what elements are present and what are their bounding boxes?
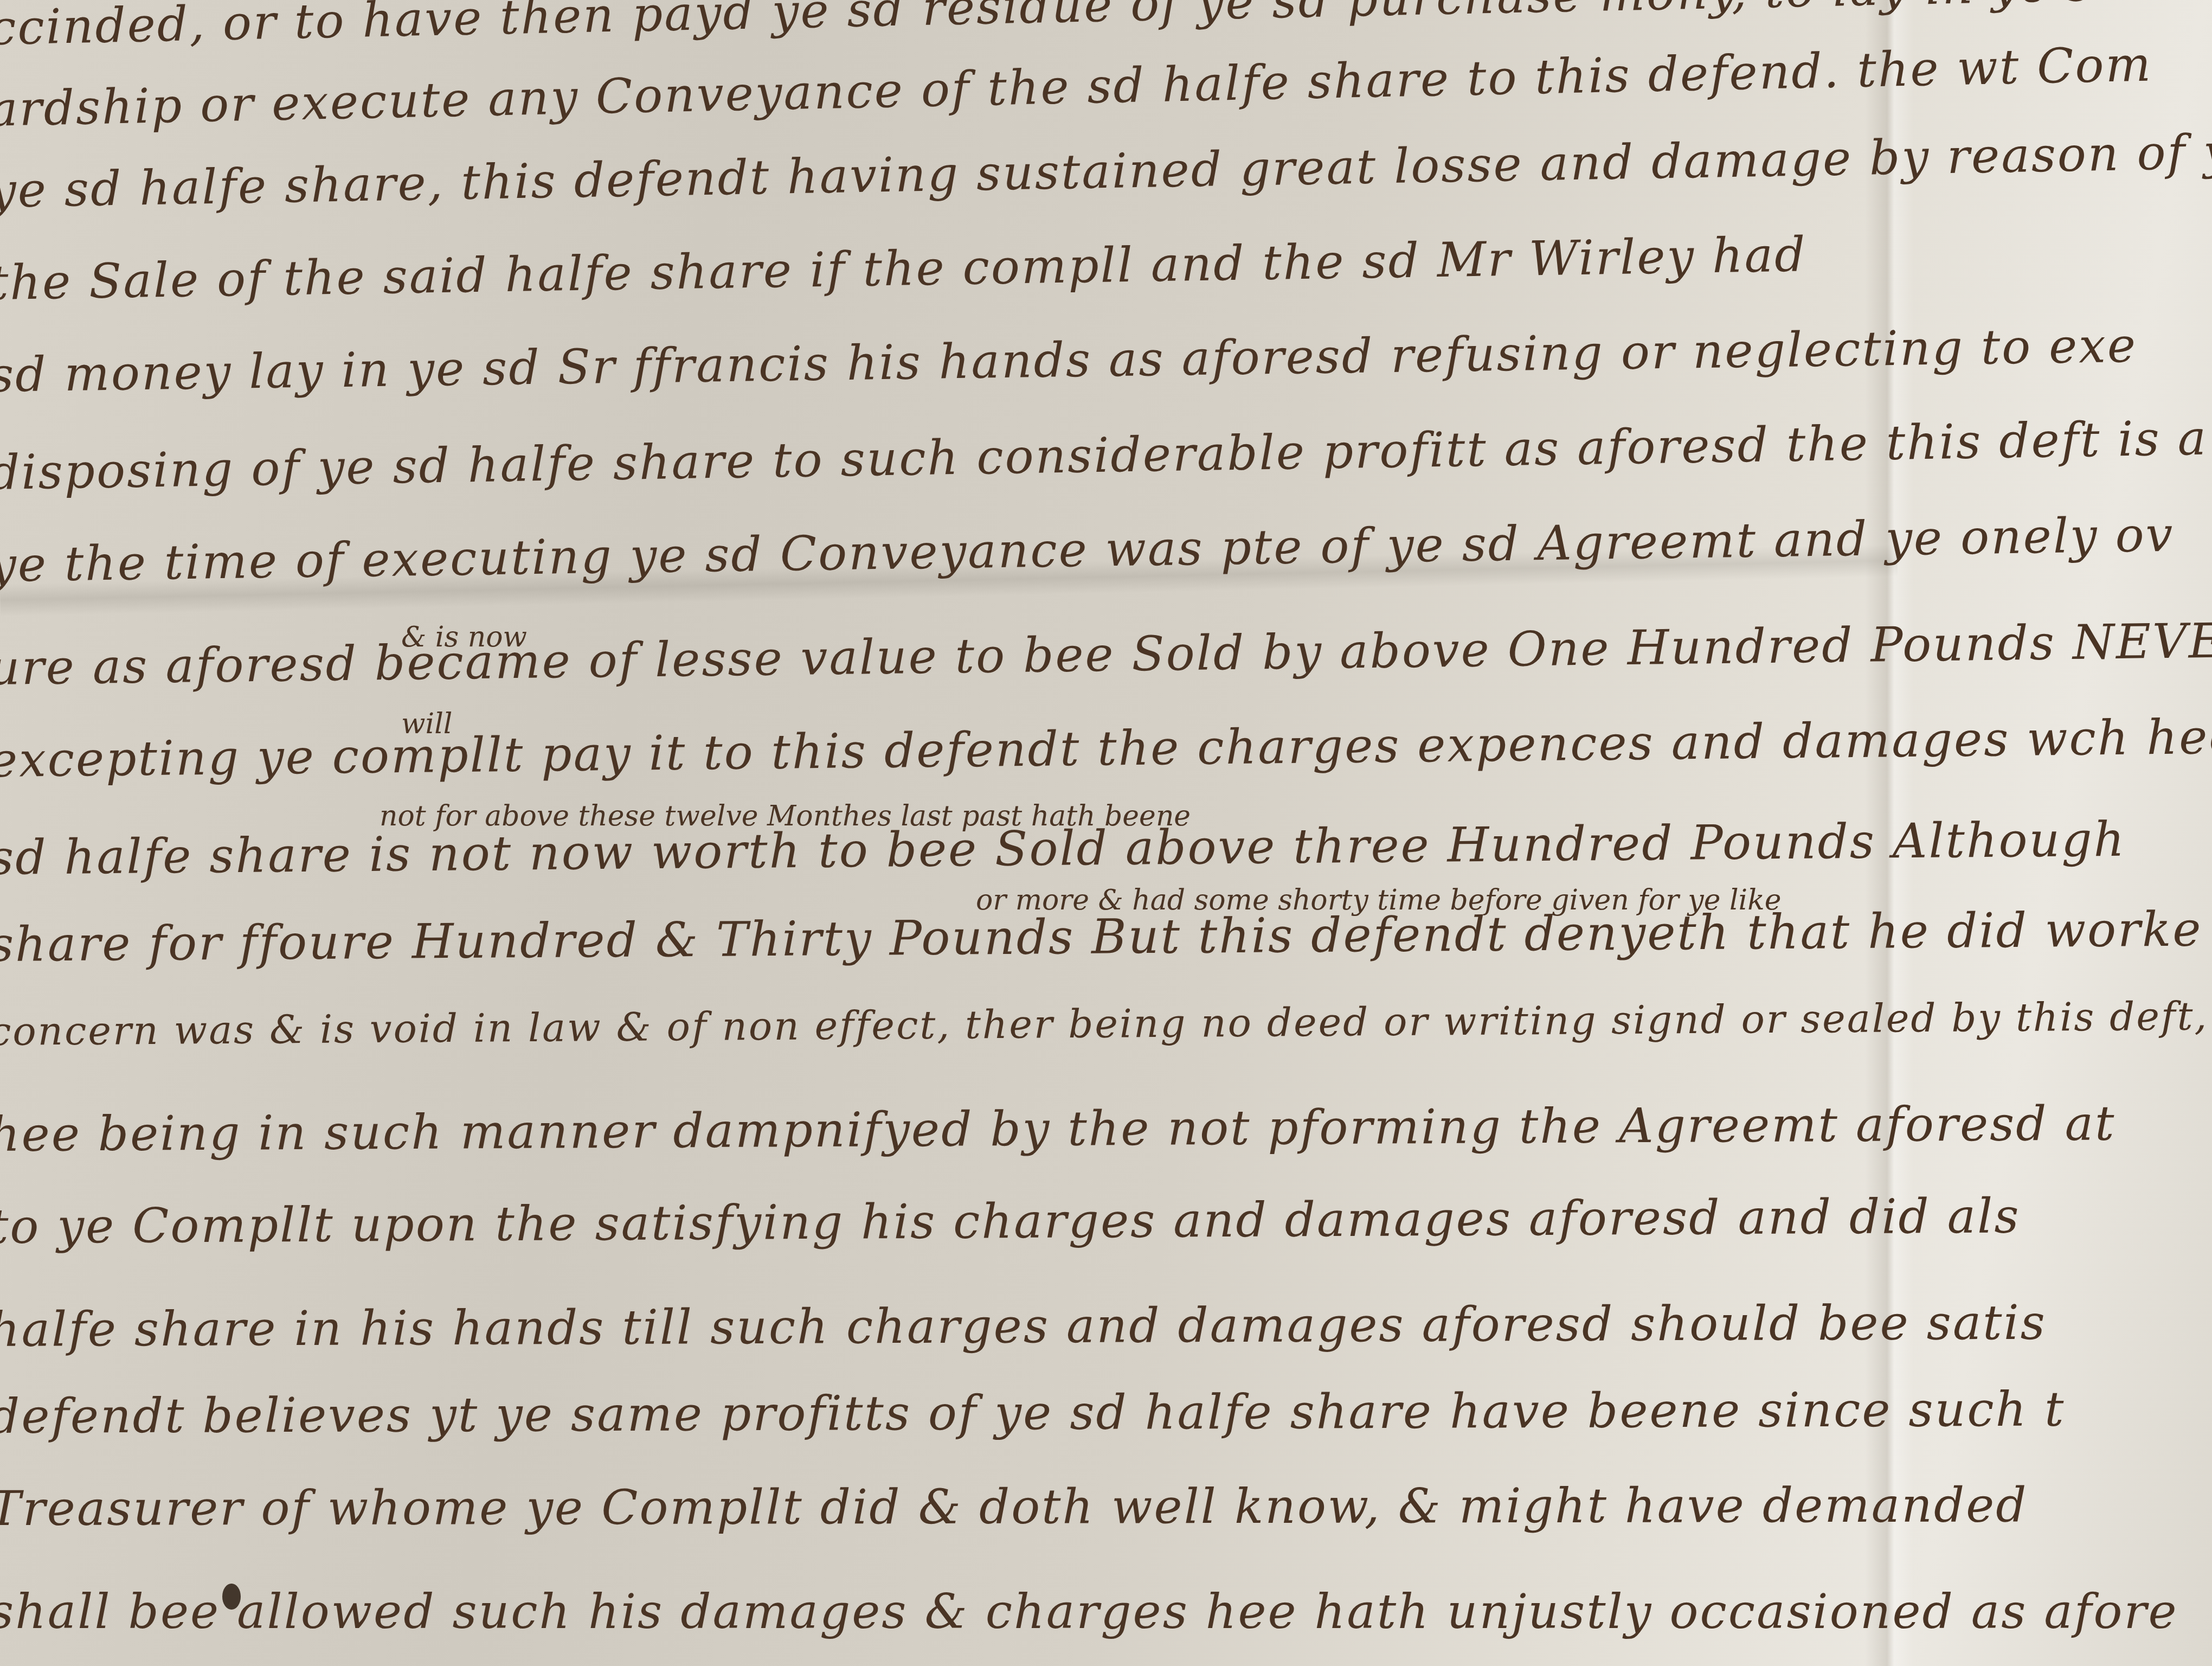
- manuscript-line-13: hee being in such manner dampnifyed by t…: [0, 1095, 2116, 1162]
- manuscript-line-12: concern was & is void in law & of non ef…: [0, 991, 2212, 1054]
- manuscript-line-9: excepting ye compllt pay it to this defe…: [0, 709, 2212, 788]
- manuscript-line-6: disposing of ye sd halfe share to such c…: [0, 410, 2208, 501]
- manuscript-line-2: ardship or execute any Conveyance of the…: [0, 36, 2153, 137]
- manuscript-line-16: defendt believes yt ye same profitts of …: [0, 1381, 2066, 1444]
- interlinear-insertion-3: not for above these twelve Monthes last …: [380, 800, 1191, 832]
- interlinear-insertion-4: or more & had some shorty time before gi…: [976, 884, 1782, 917]
- manuscript-line-4: the Sale of the said halfe share if the …: [0, 226, 1807, 311]
- manuscript-line-3: ye sd halfe share, this defendt having s…: [0, 119, 2212, 219]
- manuscript-line-14: to ye Compllt upon the satisfying his ch…: [0, 1188, 2021, 1254]
- manuscript-page: ccinded, or to have then payd ye sd resi…: [0, 0, 2212, 1666]
- manuscript-line-5: sd money lay in ye sd Sr ffrancis his ha…: [0, 317, 2138, 403]
- interlinear-insertion-2: will: [401, 708, 452, 740]
- interlinear-insertion-1: & is now: [401, 621, 527, 653]
- manuscript-line-15: halfe share in his hands till such charg…: [0, 1295, 2047, 1357]
- manuscript-line-7: ye the time of executing ye sd Conveyanc…: [0, 507, 2175, 593]
- manuscript-line-18: shall bee allowed such his damages & cha…: [0, 1584, 2178, 1639]
- manuscript-line-8: ure as aforesd became of lesse value to …: [0, 612, 2212, 696]
- ink-blot: [222, 1584, 241, 1610]
- manuscript-line-17: Treasurer of whome ye Compllt did & doth…: [0, 1477, 2028, 1536]
